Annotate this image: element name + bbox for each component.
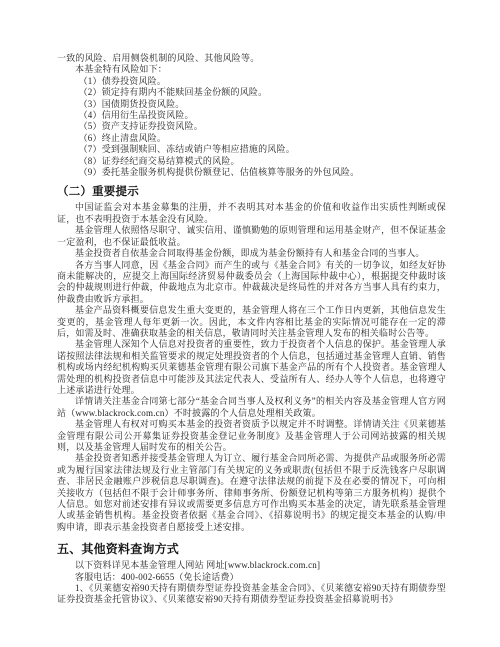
paragraph-csrc-registration: 中国证监会对本基金募集的注册，并不表明其对本基金的价值和收益作出实质性判断或保证… — [57, 202, 446, 225]
document-content: 一致的风险、启用侧袋机制的风险、其他风险等。 本基金特有风险如下： （1）债券投… — [57, 53, 446, 606]
risk-item-1: （1）债券投资风险。 — [57, 76, 446, 87]
section-heading-other-info: 五、其他资料查询方式 — [57, 543, 446, 556]
paragraph-personal-info-policy: 详情请关注基金合同第七部分“基金合同当事人及权利义务”的相关内容及基金管理人官方… — [57, 396, 446, 419]
paragraph-risk-continuation: 一致的风险、启用侧袋机制的风险、其他风险等。 — [57, 53, 446, 64]
paragraph-investor-party: 基金投资者自依基金合同取得基金份额，即成为基金份额持有人和基金合同的当事人。 — [57, 248, 446, 259]
paragraph-personal-info-protection: 基金管理人深知个人信息对投资者的重要性，致力于投资者个人信息的保护。基金管理人承… — [57, 339, 446, 396]
paragraph-fund-documents: 1、《贝莱德安裕90天持有期债券型证券投资基金基金合同》、《贝莱德安裕90天持有… — [57, 583, 446, 606]
risk-item-6: （6）终止清盘风险。 — [57, 133, 446, 144]
paragraph-website-info: 以下资料详见本基金管理人网站 网址[www.blackrock.com.cn] — [57, 560, 446, 571]
paragraph-risk-list-intro: 本基金特有风险如下： — [57, 64, 446, 75]
risk-item-3: （3）国债期货投资风险。 — [57, 99, 446, 110]
section-heading-important-notice: （二）重要提示 — [57, 186, 446, 199]
paragraph-service-phone: 客服电话：400-002-6655（免长途话费） — [57, 572, 446, 583]
paragraph-update-frequency: 基金产品资料概要信息发生重大变更的，基金管理人将在三个工作日内更新，其他信息发生… — [57, 305, 446, 339]
paragraph-info-sharing-consent: 基金投资者知悉并接受基金管理人为订立、履行基金合同所必需、为提供产品或服务所必需… — [57, 453, 446, 533]
risk-item-2: （2）锁定持有期内不能赎回基金份额的风险。 — [57, 87, 446, 98]
risk-item-4: （4）信用衍生品投资风险。 — [57, 110, 446, 121]
document-page: 一致的风险、启用侧袋机制的风险、其他风险等。 本基金特有风险如下： （1）债券投… — [0, 0, 500, 647]
risk-item-7: （7）受到强制赎回、冻结或销户等相应措施的风险。 — [57, 144, 446, 155]
risk-item-5: （5）资产支持证券投资风险。 — [57, 121, 446, 132]
paragraph-investor-qualification: 基金管理人有权对可购买本基金的投资者资质予以规定并不时调整。详情请关注《贝莱德基… — [57, 419, 446, 453]
paragraph-arbitration: 各方当事人同意，因《基金合同》而产生的或与《基金合同》有关的一切争议，如经友好协… — [57, 260, 446, 306]
risk-item-8: （8）证券经纪商交易结算模式的风险。 — [57, 156, 446, 167]
risk-item-9: （9）委托基金服务机构提供份额登记、估值核算等服务的外包风险。 — [57, 167, 446, 178]
paragraph-manager-duty: 基金管理人依照恪尽职守、诚实信用、谨慎勤勉的原则管理和运用基金财产，但不保证基金… — [57, 225, 446, 248]
